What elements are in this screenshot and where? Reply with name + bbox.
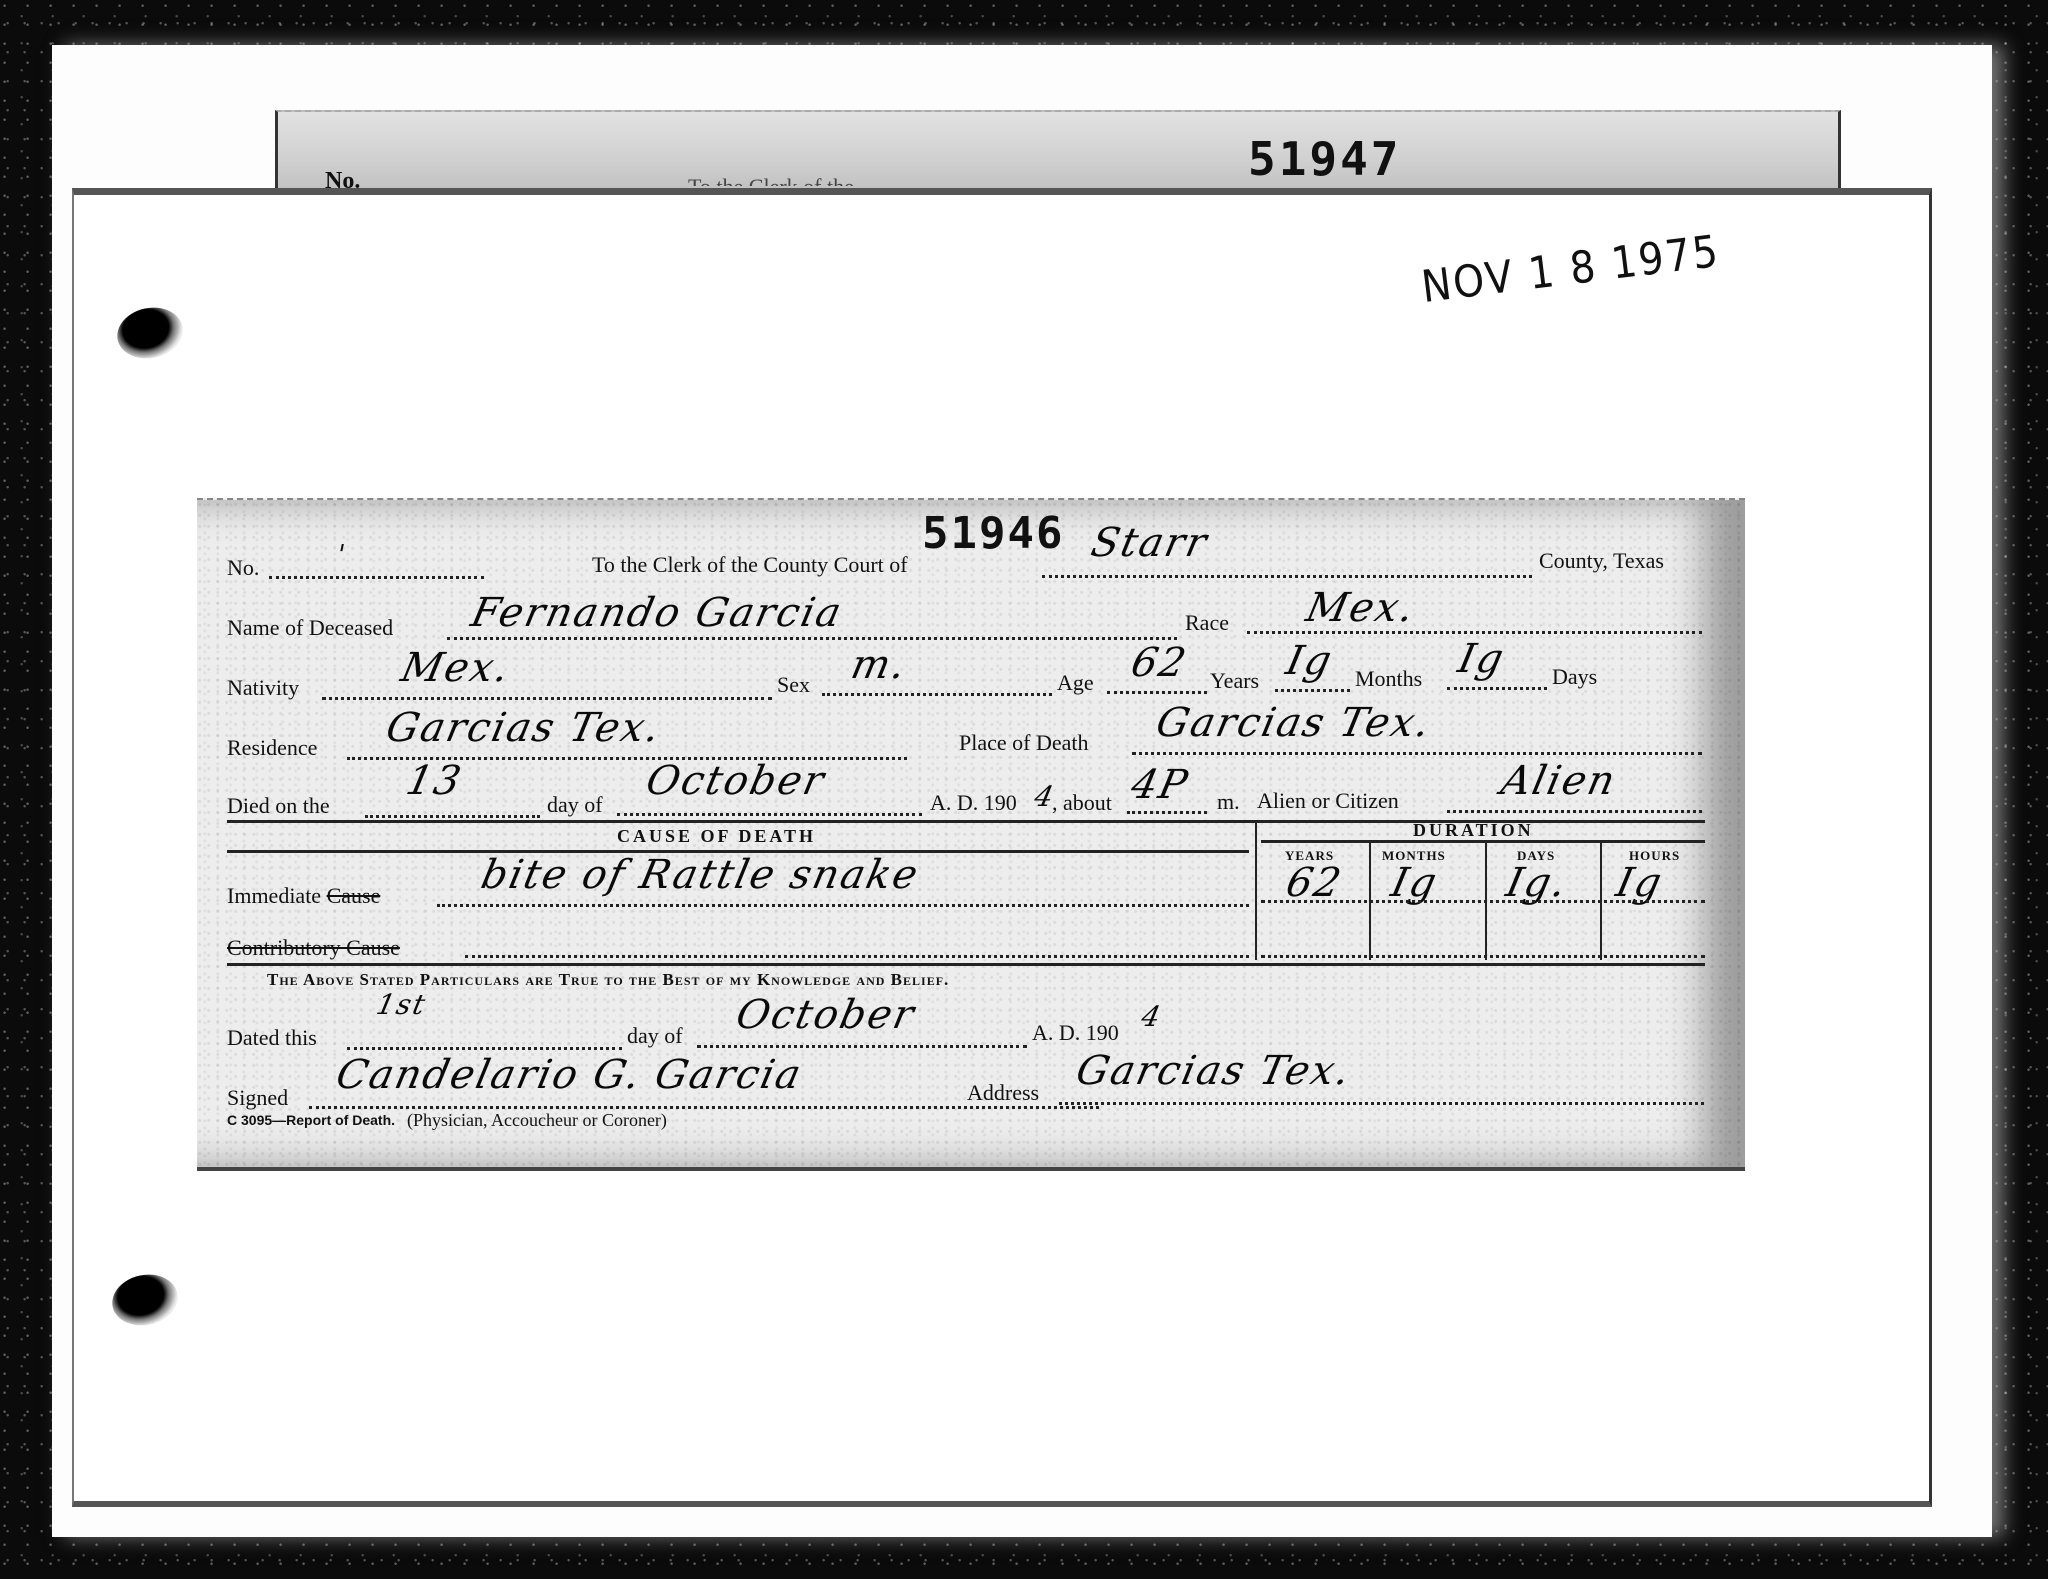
days-label: Days [1552,664,1597,690]
place-of-death-label: Place of Death [959,730,1089,756]
nativity-label: Nativity [227,675,299,701]
back-card-number: 51947 [1248,132,1401,186]
no-field-line [269,576,484,579]
dated-day-line [347,1047,622,1050]
signer-role-caption: (Physician, Accoucheur or Coroner) [407,1110,667,1131]
nativity-value: Mex. [397,645,515,691]
about-label: , about [1052,790,1112,816]
immediate-cause-line [437,904,1249,907]
form-code: C 3095—Report of Death. [227,1112,395,1128]
immediate-label-text: Immediate [227,883,321,908]
residence-value: Garcias Tex. [382,705,666,751]
died-day-value: 13 [402,758,467,804]
dated-year-value: 4 [1138,1000,1165,1033]
meridiem-label: m. [1217,789,1240,815]
died-month-field-line [617,813,922,816]
months-value: Ig [1454,636,1509,682]
alien-or-citizen-value: Alien [1497,758,1621,804]
back-card-clerk-label: To the Clerk of the [688,174,854,186]
cause-duration-divider [1255,820,1257,960]
sex-field-line [822,693,1052,696]
cause-of-death-header: CAUSE OF DEATH [617,826,816,847]
about-field-line [1127,811,1207,814]
duration-header-rule [1261,840,1705,843]
age-value: 62 [1127,640,1192,686]
place-of-death-value: Garcias Tex. [1152,700,1436,746]
day-of-label: day of [547,792,603,818]
no-label: No. [227,555,259,581]
back-record-card: No. To the Clerk of the 51947 [275,110,1841,197]
address-line [1059,1102,1704,1105]
signed-label: Signed [227,1085,288,1111]
years-label: Years [1210,668,1259,694]
dated-day-value: 1st [373,988,429,1021]
address-value: Garcias Tex. [1072,1048,1356,1094]
clerk-label: To the Clerk of the County Court of [592,552,908,578]
race-value: Mex. [1302,585,1420,631]
no-value: ' [334,540,350,570]
ad-label: A. D. 190 [930,790,1017,816]
dated-month-line [697,1045,1027,1048]
attestation-text: The Above Stated Particulars are True to… [267,970,949,990]
months-label: Months [1355,666,1422,692]
county-value: Starr [1087,520,1212,566]
residence-label: Residence [227,735,317,761]
about-time-value: 4P [1127,762,1193,808]
alien-or-citizen-label: Alien or Citizen [1257,788,1399,814]
dated-this-label: Dated this [227,1025,317,1051]
alien-field-line [1447,810,1702,813]
table-bottom-rule [227,963,1705,966]
dated-month-value: October [732,992,920,1038]
age-field-line [1107,691,1207,694]
sex-value: m. [847,642,911,688]
sex-label: Sex [777,672,810,698]
nativity-field-line [322,697,772,700]
dated-day-of-label: day of [627,1023,683,1049]
name-field-line [447,637,1177,640]
immediate-struck-text: Cause [327,883,381,908]
signed-line [309,1106,1099,1109]
dated-ad-label: A. D. 190 [1032,1020,1119,1046]
place-of-death-field-line [1132,752,1702,755]
immediate-cause-label: Immediate Cause [227,883,380,909]
name-of-deceased-label: Name of Deceased [227,615,393,641]
duration-row2-line [1261,955,1705,958]
immediate-cause-value: bite of Rattle snake [477,852,923,898]
death-report-form: 51946 No. ' To the Clerk of the County C… [197,498,1745,1171]
died-month-value: October [642,758,830,804]
race-field-line [1247,631,1702,634]
county-field-line [1042,575,1532,578]
county-suffix-label: County, Texas [1539,548,1664,574]
race-label: Race [1185,610,1229,636]
signature-value: Candelario G. Garcia [332,1052,807,1098]
contributory-cause-line [465,955,1249,958]
duration-header: DURATION [1413,820,1534,841]
address-label: Address [967,1080,1039,1106]
contributory-cause-label: Contributory Cause [227,935,400,961]
died-on-label: Died on the [227,793,330,819]
duration-row1-line [1261,900,1705,903]
died-day-field-line [365,815,540,818]
certificate-number: 51946 [922,508,1064,559]
years-value: Ig [1282,638,1337,684]
name-of-deceased-value: Fernando Garcia [467,590,847,636]
years-field-line [1275,689,1350,692]
age-label: Age [1057,670,1094,696]
months-field-line [1447,687,1547,690]
